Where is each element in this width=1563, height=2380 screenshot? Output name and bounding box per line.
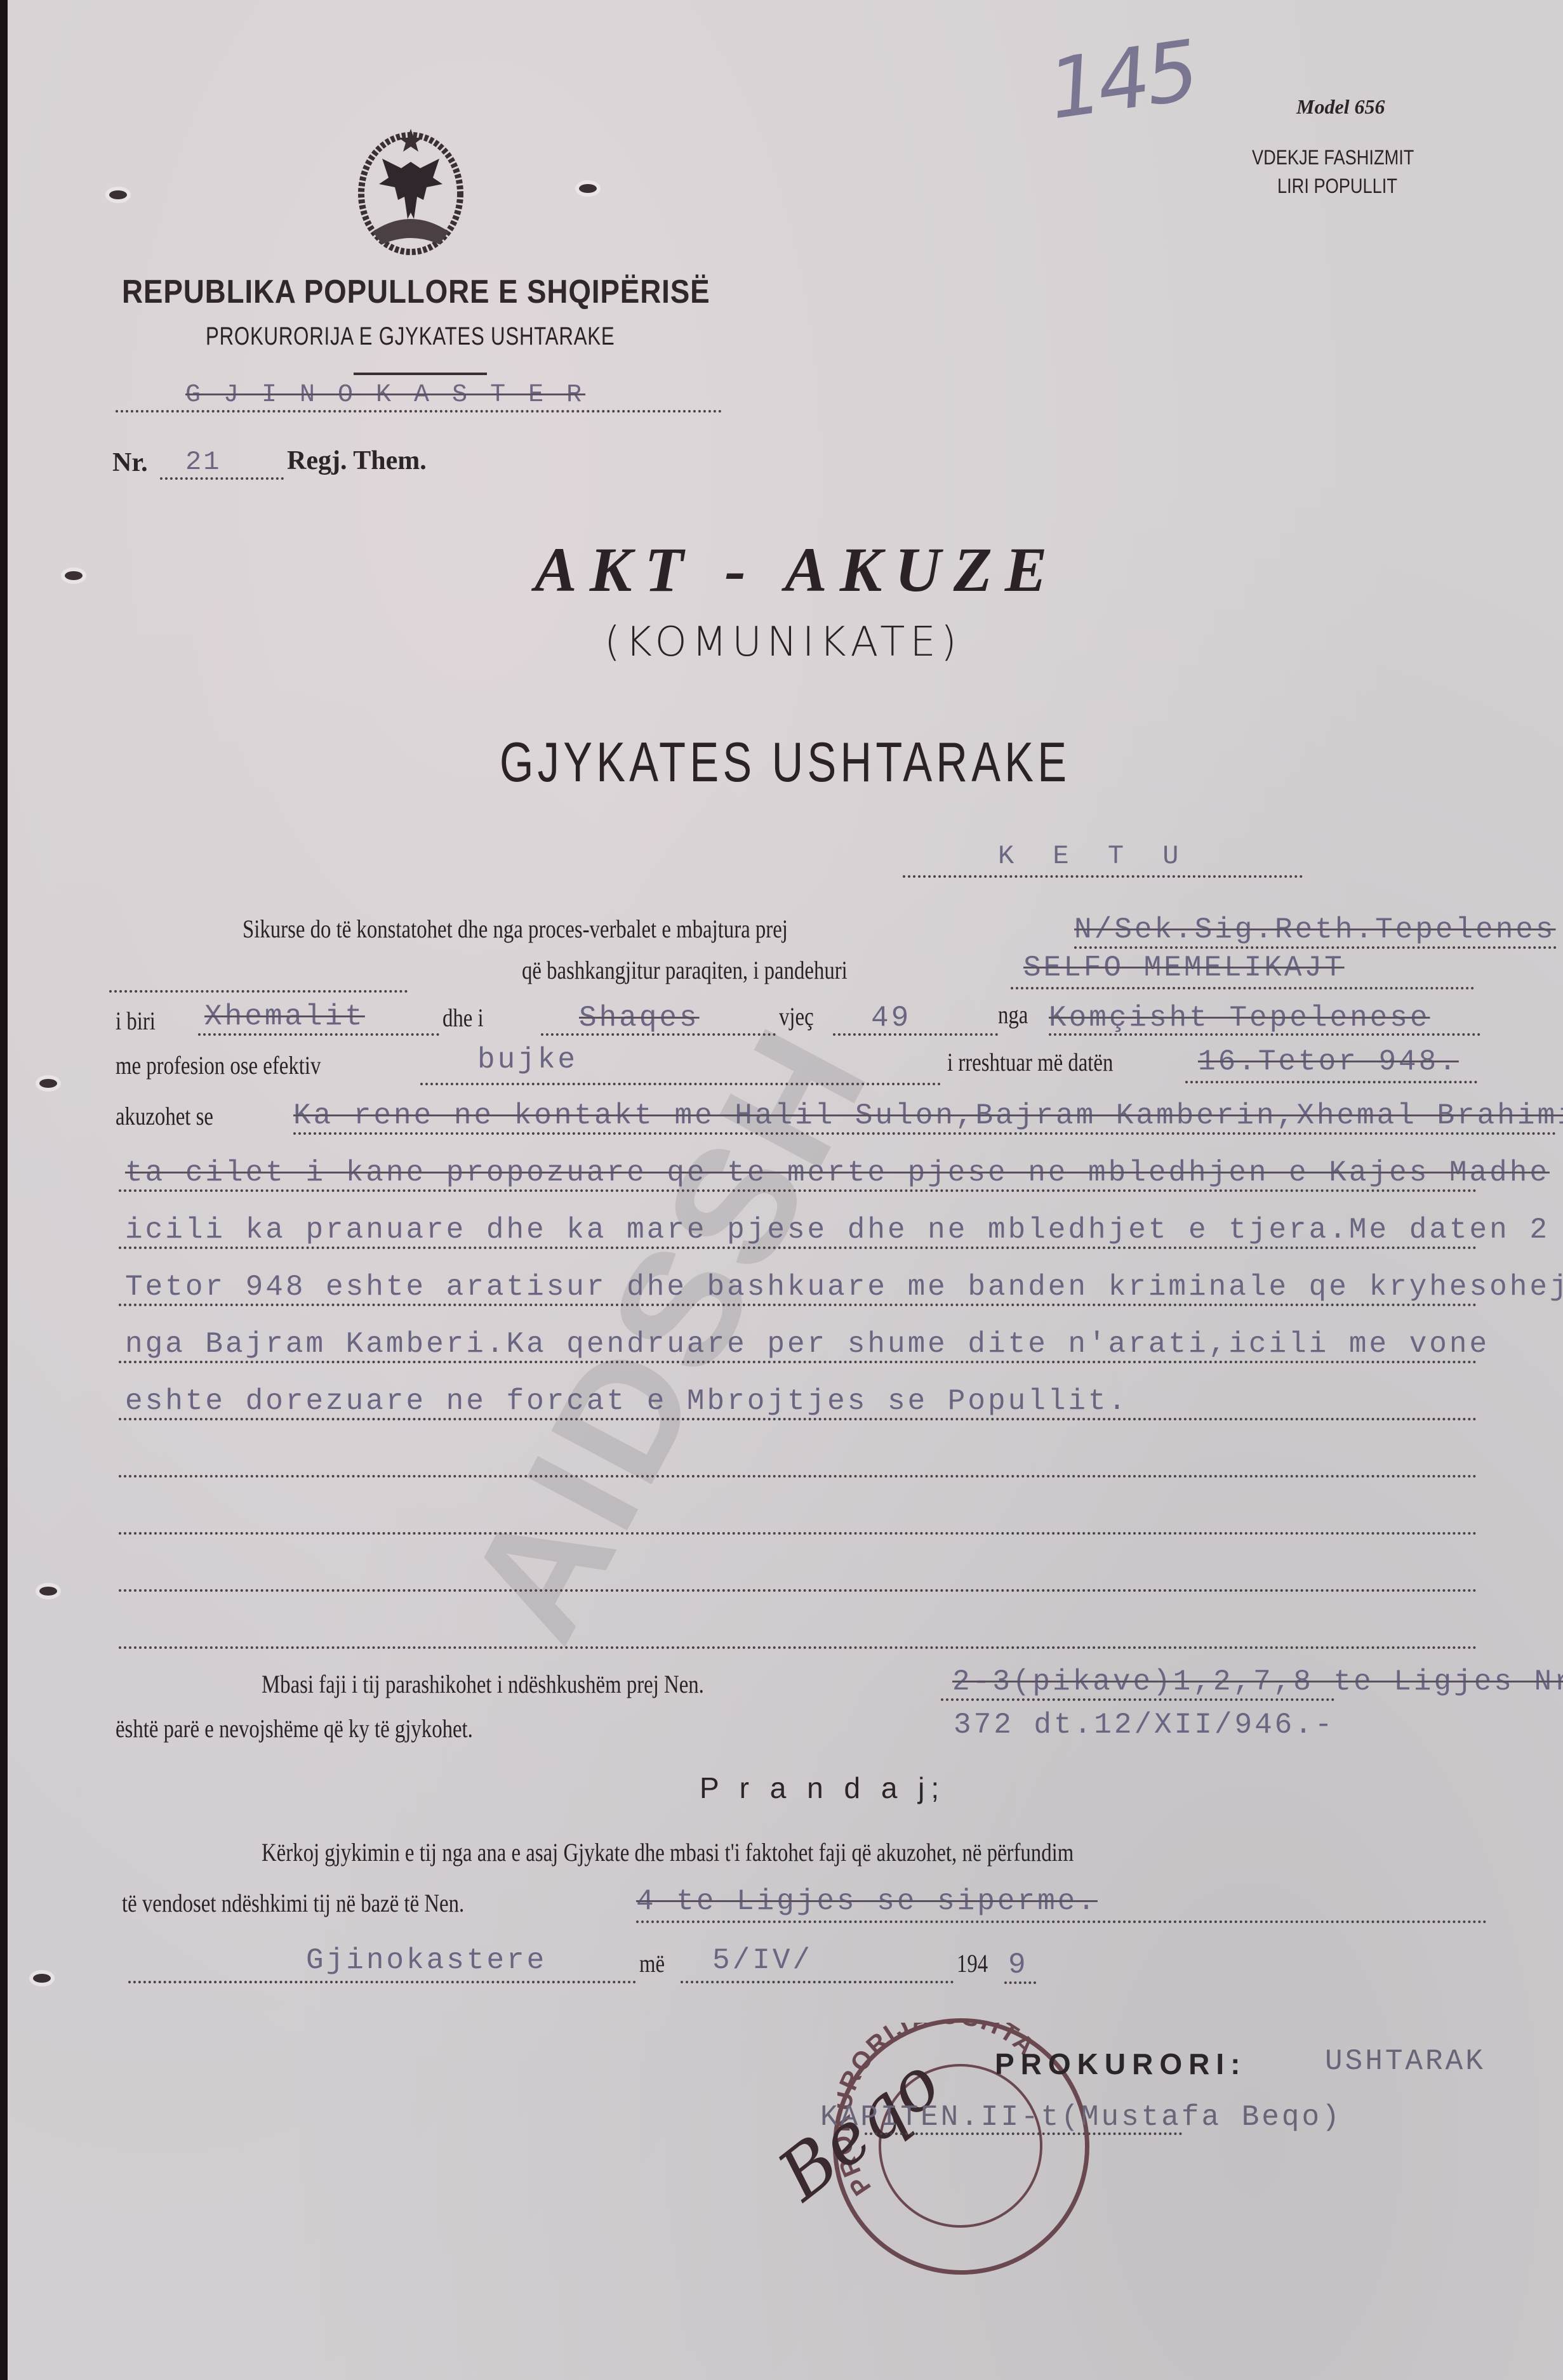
punch-hole xyxy=(65,571,83,580)
and-label: dhe i xyxy=(442,1003,484,1033)
profession-value: bujke xyxy=(477,1043,578,1076)
accusation-line[interactable] xyxy=(119,1504,1477,1535)
year-field[interactable]: 9 xyxy=(1004,1954,1036,1984)
addressee-field[interactable]: K E T U xyxy=(903,841,1303,878)
intro-value: N/Sek.Sig.Reth.Tepelenes xyxy=(1074,913,1556,946)
year-prefix: 194 xyxy=(957,1948,988,1978)
penalty-value: 4 te Ligjes se siperme. xyxy=(636,1885,1098,1918)
punch-hole xyxy=(579,184,597,193)
law-value-2: 372 dt.12/XII/946.- xyxy=(954,1709,1335,1742)
date-field[interactable]: 5/IV/ xyxy=(681,1952,954,1983)
father-value: Xhemalit xyxy=(204,1000,365,1033)
law-label: Mbasi faji i tij parashikohet i ndëshkus… xyxy=(262,1669,704,1699)
profession-field[interactable]: bujke xyxy=(420,1054,941,1085)
punch-hole xyxy=(39,1079,57,1088)
mother-value: Shaqes xyxy=(579,1002,700,1035)
addressee-value: K E T U xyxy=(998,841,1190,871)
profession-label: me profesion ose efektiv xyxy=(116,1050,321,1080)
origin-value: Komçisht Tepelenese xyxy=(1049,1002,1430,1035)
accusation-text: ta cilet i kane propozuare qe te merte p… xyxy=(125,1156,1550,1189)
year-suffix: 9 xyxy=(1008,1948,1028,1981)
place-value: Gjinokastere xyxy=(306,1944,547,1977)
enlisted-label: i rreshtuar më datën xyxy=(947,1047,1113,1077)
enlisted-value: 16.Tetor 948. xyxy=(1198,1045,1459,1078)
date-value: 5/IV/ xyxy=(712,1944,813,1977)
place-field[interactable]: Gjinokastere xyxy=(128,1952,636,1983)
accused-label: akuzohet se xyxy=(116,1101,213,1131)
age-field[interactable]: 49 xyxy=(833,1003,998,1036)
accusation-text: eshte dorezuare ne forcat e Mbrojtjes se… xyxy=(125,1385,1128,1418)
son-of-label: i biri xyxy=(116,1006,156,1036)
age-label: vjeç xyxy=(779,1002,814,1031)
trial-necessity-label: është parë e nevojshëme që ky të gjykohe… xyxy=(116,1714,473,1743)
father-field[interactable]: Xhemalit xyxy=(198,1003,439,1036)
model-number: Model 656 xyxy=(1296,95,1385,119)
therefore-heading: P r a n d a j; xyxy=(700,1771,945,1805)
law-value-1: 2-3(pikave)1,2,7,8 te Ligjes Nr. xyxy=(952,1665,1563,1698)
accusation-line[interactable]: eshte dorezuare ne forcat e Mbrojtjes se… xyxy=(119,1390,1477,1420)
nr-value: 21 xyxy=(185,447,221,477)
defendant-field[interactable]: SELFO MEMELIKAJT xyxy=(1011,955,1474,989)
accusation-text: icili ka pranuare dhe ka mare pjese dhe … xyxy=(125,1213,1550,1246)
defendant-value: SELFO MEMELIKAJT xyxy=(1023,951,1345,984)
prosecutor-label: PROKURORI: xyxy=(995,2047,1246,2081)
document-subtitle: (KOMUNIKATE) xyxy=(604,619,962,666)
request-text: Kërkoj gjykimin e tij nga ana e asaj Gjy… xyxy=(262,1837,1074,1867)
law-field[interactable]: 2-3(pikave)1,2,7,8 te Ligjes Nr. xyxy=(941,1669,1334,1701)
republic-title: REPUBLIKA POPULLORE E SHQIPËRISË xyxy=(122,273,710,311)
reg-label: Regj. Them. xyxy=(287,446,427,476)
document-title: AKT - AKUZE xyxy=(535,533,1060,606)
accusation-text: Tetor 948 eshte aratisur dhe bashkuare m… xyxy=(125,1271,1563,1304)
accusation-line[interactable]: ta cilet i kane propozuare qe te merte p… xyxy=(119,1161,1477,1192)
signature-line xyxy=(865,2126,1182,2135)
penalty-label: të vendoset ndëshkimi tij në bazë të Nen… xyxy=(122,1888,464,1918)
accusation-text: nga Bajram Kamberi.Ka qendruare per shum… xyxy=(125,1328,1489,1361)
prosecutor-title: USHTARAK xyxy=(1325,2045,1486,2078)
document-page: 145 Model 656 VDEKJE FASHIZMIT LIRI POPU… xyxy=(8,0,1563,2380)
accusation-line[interactable]: Tetor 948 eshte aratisur dhe bashkuare m… xyxy=(119,1276,1477,1306)
accusation-line[interactable]: Ka rene ne kontakt me Halil Sulon,Bajram… xyxy=(293,1104,1557,1135)
accusation-line[interactable] xyxy=(119,1618,1477,1649)
punch-hole xyxy=(109,190,127,199)
slogan-line-2: LIRI POPULLIT xyxy=(1277,175,1397,198)
accusation-text: Ka rene ne kontakt me Halil Sulon,Bajram… xyxy=(293,1099,1563,1132)
accusation-line[interactable]: icili ka pranuare dhe ka mare pjese dhe … xyxy=(119,1219,1477,1249)
mother-field[interactable]: Shaqes xyxy=(541,1003,776,1036)
header-divider xyxy=(354,373,487,375)
nr-field[interactable]: 21 xyxy=(160,444,284,480)
enlisted-field[interactable]: 16.Tetor 948. xyxy=(1185,1050,1477,1083)
on-label: më xyxy=(639,1948,665,1978)
accusation-line[interactable] xyxy=(119,1447,1477,1478)
archive-number: 145 xyxy=(1043,22,1201,138)
penalty-field[interactable]: 4 te Ligjes se siperme. xyxy=(636,1891,1487,1923)
age-value: 49 xyxy=(871,1002,911,1035)
intro-label: Sikurse do të konstatohet dhe nga proces… xyxy=(243,914,788,944)
slogan-line-1: VDEKJE FASHIZMIT xyxy=(1252,146,1414,169)
city-value: G J I N O K A S T E R xyxy=(185,381,585,409)
intro-continue-line xyxy=(109,971,408,993)
accusation-line[interactable] xyxy=(119,1561,1477,1592)
nr-label: Nr. xyxy=(112,447,148,478)
albanian-state-emblem-icon xyxy=(344,124,477,257)
accusation-line[interactable]: nga Bajram Kamberi.Ka qendruare per shum… xyxy=(119,1333,1477,1363)
attached-label: që bashkangjitur paraqiten, i pandehuri xyxy=(522,955,848,985)
court-title: GJYKATES USHTARAKE xyxy=(500,730,1070,795)
punch-hole xyxy=(33,1974,51,1983)
origin-field[interactable]: Komçisht Tepelenese xyxy=(1049,1003,1480,1036)
punch-hole xyxy=(39,1587,57,1596)
from-label: nga xyxy=(998,1000,1028,1029)
intro-field[interactable]: N/Sek.Sig.Reth.Tepelenes xyxy=(1074,917,1557,949)
city-field[interactable]: G J I N O K A S T E R xyxy=(116,381,722,413)
office-title: PROKURORIJA E GJYKATES USHTARAKE xyxy=(206,322,615,351)
